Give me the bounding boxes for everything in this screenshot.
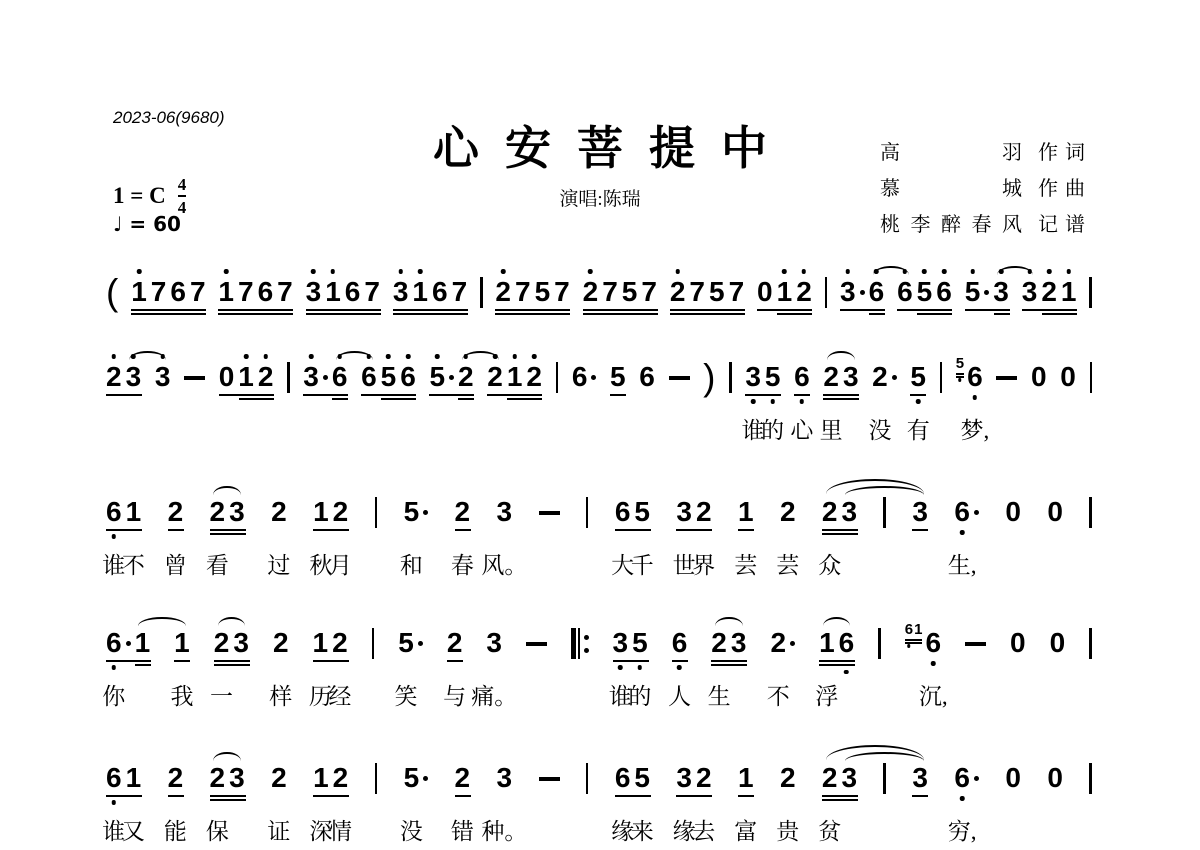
octave-dot-below (751, 399, 756, 404)
note-digit: 3 (731, 628, 747, 658)
barline (883, 763, 886, 794)
note-digit: 2 (455, 497, 471, 527)
note-digit: 7 (554, 277, 570, 307)
note-group: 2 (271, 497, 287, 527)
note-group: 0 (1060, 362, 1076, 392)
note-group: 212 (487, 362, 542, 392)
note-digit: 6 (432, 277, 448, 307)
note-digit: 6 (936, 277, 952, 307)
note-digit: 3 (993, 277, 1009, 307)
note: 2 (872, 362, 897, 392)
note: 1 (313, 763, 329, 793)
note-digit: 0 (219, 362, 235, 392)
note-digit: 7 (364, 277, 380, 307)
note: 0 (1047, 497, 1063, 527)
note-digit: 2 (583, 277, 599, 307)
note-digit: 3 (745, 362, 761, 392)
note-digit: 5 (404, 763, 420, 793)
underline (210, 529, 246, 531)
note-group: 56 (956, 362, 983, 392)
note: 2 (796, 277, 812, 307)
note-digit: 6 (332, 362, 348, 392)
note-group: 52 (429, 362, 473, 392)
note-group: 65 (615, 763, 650, 793)
barline (480, 277, 483, 308)
underline (361, 394, 416, 396)
note-group: 23 (823, 362, 858, 392)
note-digit: 0 (1005, 497, 1021, 527)
note-digit: 2 (458, 362, 474, 392)
underline (840, 309, 885, 311)
lyric-syllable: 贫 (818, 813, 841, 846)
octave-dot-above (244, 354, 249, 359)
note-digit: 6 (672, 628, 688, 658)
note-digit: 7 (641, 277, 657, 307)
note-digit: 6 (967, 362, 983, 392)
note-group: 5 (404, 497, 429, 527)
note: 2 (210, 497, 226, 527)
underline (218, 313, 293, 315)
lyric-syllable: 春 (451, 547, 474, 580)
note: 0 (1005, 497, 1021, 527)
slur (715, 617, 742, 626)
octave-dot-above (802, 269, 807, 274)
underline (745, 394, 781, 396)
note: 2 (526, 362, 542, 392)
note: 2 (1041, 277, 1057, 307)
note: 1 (126, 763, 142, 793)
lyric-syllable: 穷, (948, 813, 977, 846)
note-digit: 1 (126, 497, 142, 527)
note-digit: 6 (639, 362, 655, 392)
note-group: 1767 (218, 277, 292, 307)
underline (393, 313, 468, 315)
note-group: 0 (1047, 497, 1063, 527)
barline (556, 362, 559, 393)
lyric-syllable: 芸 (734, 547, 757, 580)
duration-dot (984, 290, 989, 295)
note-digit: 3 (842, 763, 858, 793)
note-digit: 5 (910, 362, 926, 392)
dash-extension (996, 376, 1017, 380)
note-digit: 6 (615, 763, 631, 793)
underline (869, 313, 885, 315)
note-group: 0 (1010, 628, 1026, 658)
octave-dot-above (137, 269, 142, 274)
note-group: 3167 (393, 277, 467, 307)
note: 6 (106, 763, 122, 793)
underline (822, 533, 858, 535)
underline (822, 795, 858, 797)
note-group: 2 (447, 628, 463, 658)
note-digit: 2 (214, 628, 230, 658)
note-digit: 0 (1010, 628, 1026, 658)
note-digit: 5 (917, 277, 933, 307)
note: 1 (174, 628, 190, 658)
grace-underline (956, 376, 964, 378)
note-group: 2757 (583, 277, 657, 307)
repeat-dot (584, 648, 589, 653)
underline (711, 660, 747, 662)
underline (168, 795, 184, 797)
note-digit: 1 (174, 628, 190, 658)
underline (455, 529, 471, 531)
note-group: 61 (106, 763, 141, 793)
note-group: 6 (954, 497, 979, 527)
lyric-syllable: 风。 (481, 547, 527, 580)
note: 6 (400, 362, 416, 392)
note-digit: 6 (954, 497, 970, 527)
note-digit: 3 (393, 277, 409, 307)
note-digit: 1 (507, 362, 523, 392)
lyric-syllable: 样 (269, 678, 292, 711)
duration-dot (423, 776, 428, 781)
octave-dot-below (770, 399, 775, 404)
note: 3 (1022, 277, 1038, 307)
underline (174, 660, 190, 662)
note: 3 (393, 277, 409, 307)
lyric-syllable: 里 (820, 412, 843, 445)
note: 7 (277, 277, 293, 307)
lyric-syllable: 你 (102, 678, 125, 711)
underline (819, 664, 855, 666)
music-line: 61223212523653212233600谁又能保证深情没错种。缘来缘去富贵… (106, 745, 1092, 845)
note: 2 (271, 497, 287, 527)
underline (912, 529, 928, 531)
note-group: 36 (840, 277, 884, 307)
lyric-syllable: 梦, (961, 412, 990, 445)
octave-dot-above (418, 269, 423, 274)
note-group: 32 (676, 763, 711, 793)
note: 5 (610, 362, 626, 392)
note-group: 12 (313, 763, 348, 793)
duration-dot (860, 290, 865, 295)
note-digit: 5 (632, 628, 648, 658)
lyric-syllable: 经 (328, 678, 351, 711)
underline (135, 664, 151, 666)
underline (777, 313, 812, 315)
note: 7 (452, 277, 468, 307)
underline (711, 664, 747, 666)
underline (447, 660, 463, 662)
grace-notes: 61 (905, 622, 923, 638)
barline (1090, 362, 1093, 393)
lyric-syllable: 月 (329, 547, 352, 580)
note: 5 (404, 763, 429, 793)
note-group: 012 (757, 277, 812, 307)
note: 6 (954, 497, 979, 527)
octave-dot-above (386, 354, 391, 359)
note: 5 (632, 628, 648, 658)
underline (1022, 309, 1077, 311)
lyric-syllable: 浮 (815, 678, 838, 711)
note-group: 16 (819, 628, 854, 658)
note: 6 (925, 628, 941, 658)
note: 1 (131, 277, 147, 307)
octave-dot-above (435, 354, 440, 359)
note: 6 (170, 277, 186, 307)
note-digit: 2 (273, 628, 289, 658)
octave-dot-below (916, 399, 921, 404)
underline (218, 309, 293, 311)
note-digit: 2 (168, 497, 184, 527)
underline (819, 660, 855, 662)
note-digit: 5 (634, 763, 650, 793)
note: 5 (429, 362, 454, 392)
octave-dot-above (846, 269, 851, 274)
note: 6 (954, 763, 979, 793)
note-group: 656 (361, 362, 416, 392)
note-digit: 1 (238, 362, 254, 392)
note-group: 0 (1005, 763, 1021, 793)
underline (210, 533, 246, 535)
underline (965, 309, 1010, 311)
note-digit: 6 (170, 277, 186, 307)
note-digit: 2 (780, 763, 796, 793)
note-digit: 3 (229, 763, 245, 793)
note-digit: 1 (738, 763, 754, 793)
underline (1042, 313, 1077, 315)
note: 6 (106, 497, 122, 527)
note-group: 5 (404, 763, 429, 793)
grace-underline (956, 373, 964, 375)
note: 5 (965, 277, 990, 307)
slur (129, 351, 166, 360)
underline (393, 309, 468, 311)
note: 2 (770, 628, 795, 658)
underline (458, 398, 474, 400)
note: 6 (332, 362, 348, 392)
note-digit: 2 (333, 497, 349, 527)
underline (670, 309, 745, 311)
underline (106, 394, 142, 396)
note-group: 3 (155, 362, 171, 392)
note-digit: 0 (1047, 763, 1063, 793)
underline (306, 313, 381, 315)
barline (375, 497, 378, 528)
dash-extension (184, 376, 205, 380)
note: 2 (258, 362, 274, 392)
duration-dot (126, 641, 131, 646)
note-digit: 3 (843, 362, 859, 392)
note: 3 (842, 497, 858, 527)
lyric-syllable: 情 (329, 813, 352, 846)
notes-row: 611232125233562321661600 (106, 628, 1092, 659)
octave-dot-above (942, 269, 947, 274)
barline (940, 362, 943, 393)
note: 7 (641, 277, 657, 307)
note: 7 (151, 277, 167, 307)
note-digit: 2 (495, 277, 511, 307)
lyric-syllable: 没 (868, 412, 891, 445)
note-digit: 6 (106, 628, 122, 658)
duration-dot (449, 375, 454, 380)
note: 5 (917, 277, 933, 307)
sheet-music-page: 2023-06(9680) 心安菩提中 演唱:陈瑞 高羽作词慕城作曲桃李醉春风记… (0, 0, 1200, 850)
lyric-syllable: 界 (692, 547, 715, 580)
octave-dot-below (638, 665, 643, 670)
note: 0 (1010, 628, 1026, 658)
barline (586, 763, 589, 794)
barline (1089, 628, 1092, 659)
dash-extension (539, 777, 560, 781)
octave-dot-below (973, 395, 978, 400)
note-digit: 2 (333, 763, 349, 793)
repeat-dot (584, 635, 589, 640)
note-digit: 7 (602, 277, 618, 307)
note-digit: 3 (155, 362, 171, 392)
note: 2 (447, 628, 463, 658)
note-group: 23 (822, 763, 857, 793)
note-digit: 2 (823, 362, 839, 392)
repeat-dots (584, 628, 589, 659)
underline (910, 394, 926, 396)
note: 3 (155, 362, 171, 392)
note-digit: 6 (925, 628, 941, 658)
note-digit: 5 (535, 277, 551, 307)
underline (313, 795, 349, 797)
note-group: 2 (780, 497, 796, 527)
note-group: 1 (174, 628, 190, 658)
barline (372, 628, 375, 659)
note-group: 0 (1031, 362, 1047, 392)
octave-dot-below (960, 796, 965, 801)
note: 5 (634, 763, 650, 793)
note-digit: 0 (757, 277, 773, 307)
note-digit: 2 (271, 497, 287, 527)
lyric-syllable: 贵 (776, 813, 799, 846)
octave-dot-above (922, 269, 927, 274)
underline (917, 313, 952, 315)
note-group: 12 (313, 628, 348, 658)
underline (455, 795, 471, 797)
note-group: 35 (613, 628, 648, 658)
duration-dot (974, 776, 979, 781)
slur (336, 351, 373, 360)
lyric-syllable: 种。 (481, 813, 527, 846)
dash-extension (965, 642, 986, 646)
underline (214, 660, 250, 662)
note-group: 0 (1047, 763, 1063, 793)
note-digit: 3 (306, 277, 322, 307)
octave-dot-above (675, 269, 680, 274)
lyric-syllable: 人 (668, 678, 691, 711)
note-digit: 2 (796, 277, 812, 307)
barline (375, 763, 378, 794)
note-digit: 3 (486, 628, 502, 658)
note: 6 (258, 277, 274, 307)
note-digit: 3 (842, 497, 858, 527)
underline (487, 394, 542, 396)
slur (218, 617, 245, 626)
note-digit: 5 (398, 628, 414, 658)
note-digit: 2 (872, 362, 888, 392)
note: 1 (126, 497, 142, 527)
underline (615, 529, 651, 531)
note-digit: 3 (497, 763, 513, 793)
underline (210, 799, 246, 801)
underline (219, 394, 274, 396)
octave-dot-above (588, 269, 593, 274)
note: 1 (507, 362, 523, 392)
octave-dot-above (311, 269, 316, 274)
notes-row: 2330123665652212656)35623255600 (106, 362, 1092, 393)
note: 2 (333, 763, 349, 793)
octave-dot-above (224, 269, 229, 274)
score: (176717673167316727572757275701236656533… (0, 0, 1200, 850)
music-line: 611232125233562321661600你我一样历经笑与痛。谁的人生不浮… (106, 610, 1092, 710)
note-digit: 1 (126, 763, 142, 793)
underline (210, 795, 246, 797)
note-group: 3 (497, 763, 513, 793)
duration-dot (974, 510, 979, 515)
note: 6 (361, 362, 377, 392)
underline (131, 309, 206, 311)
octave-dot-below (112, 534, 117, 539)
lyric-syllable: 笑 (395, 678, 418, 711)
note-digit: 2 (332, 628, 348, 658)
octave-dot-above (112, 354, 117, 359)
note: 0 (1047, 763, 1063, 793)
note-group: 2 (168, 497, 184, 527)
octave-dot-below (844, 670, 849, 675)
octave-dot-below (800, 399, 805, 404)
octave-dot-below (677, 665, 682, 670)
note-group: 61 (106, 628, 150, 658)
lyric-syllable: 看 (206, 547, 229, 580)
note-digit: 5 (610, 362, 626, 392)
octave-dot-above (782, 269, 787, 274)
note: 1 (738, 763, 754, 793)
notes-row: (176717673167316727572757275701236656533… (106, 277, 1092, 308)
note-group: 3 (912, 497, 928, 527)
note-digit: 6 (361, 362, 377, 392)
duration-dot (591, 375, 596, 380)
note: 6 (794, 362, 810, 392)
note-digit: 2 (1041, 277, 1057, 307)
note: 2 (696, 497, 712, 527)
note: 6 (967, 362, 983, 392)
barline (287, 362, 290, 393)
lyric-syllable: 和 (400, 547, 423, 580)
note-digit: 6 (106, 763, 122, 793)
note: 5 (622, 277, 638, 307)
lyric-syllable: 能 (164, 813, 187, 846)
note: 2 (210, 763, 226, 793)
lyric-syllable: 我 (170, 678, 193, 711)
note-digit: 2 (696, 497, 712, 527)
note: 1 (738, 497, 754, 527)
note: 7 (515, 277, 531, 307)
barline (1089, 763, 1092, 794)
note-digit: 2 (780, 497, 796, 527)
repeat-begin-barline (571, 628, 589, 659)
note-group: 12 (313, 497, 348, 527)
lyric-syllable: 痛。 (471, 678, 517, 711)
note: 7 (190, 277, 206, 307)
note: 6 (615, 763, 631, 793)
note: 1 (313, 628, 329, 658)
underline (106, 529, 142, 531)
barline (878, 628, 881, 659)
note: 3 (842, 763, 858, 793)
duration-dot (790, 641, 795, 646)
duration-dot (418, 641, 423, 646)
note: 7 (364, 277, 380, 307)
note: 6 (106, 628, 131, 658)
grace-notes: 5 (956, 356, 964, 372)
note-group: 321 (1022, 277, 1077, 307)
